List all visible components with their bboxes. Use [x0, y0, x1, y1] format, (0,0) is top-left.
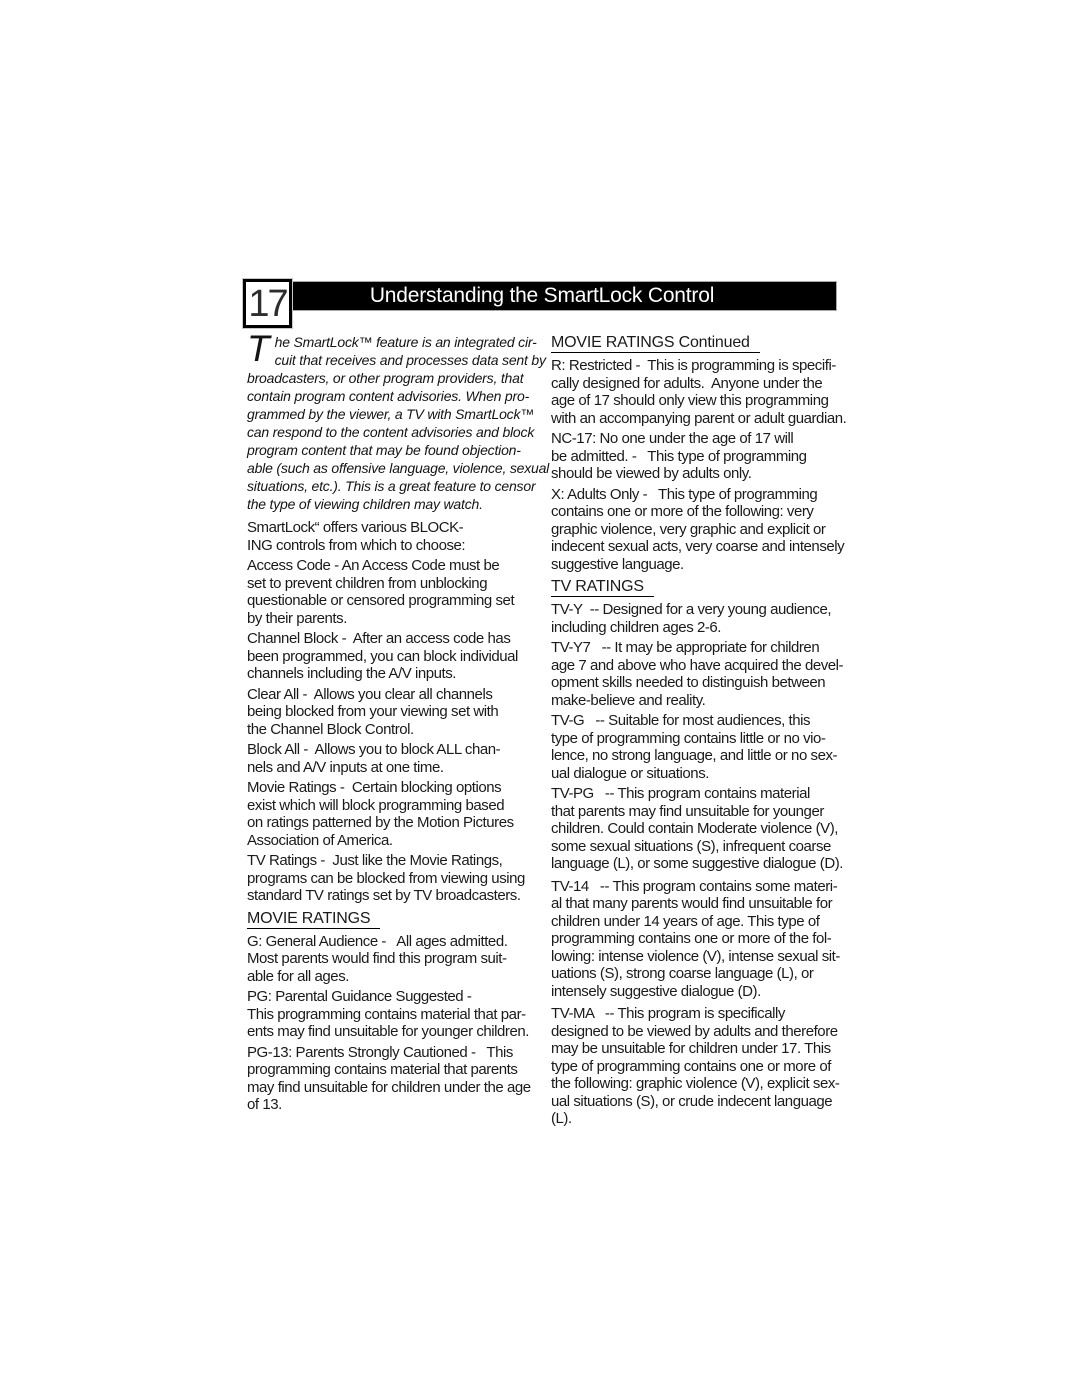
- rating-pg13-paragraph: PG-13: Parents Strongly Cautioned - This…: [247, 1044, 553, 1114]
- rating-x-paragraph: X: Adults Only - This type of programmin…: [551, 486, 871, 574]
- rating-tv-ma-paragraph: TV-MA -- This program is specifically de…: [551, 1005, 871, 1128]
- rating-tv-pg-paragraph: TV-PG -- This program contains material …: [551, 785, 871, 873]
- page-number: 17: [248, 285, 286, 323]
- movie-ratings-heading-wrap: MOVIE RATINGS: [247, 910, 553, 929]
- intro-paragraph: The SmartLock™ feature is an integrated …: [247, 334, 553, 514]
- intro-text: he SmartLock™ feature is an integrated c…: [247, 334, 549, 512]
- left-column: The SmartLock™ feature is an integrated …: [247, 334, 553, 1117]
- blocking-controls-intro: SmartLock“ offers various BLOCK- ING con…: [247, 519, 553, 554]
- tv-ratings-heading-wrap: TV RATINGS: [551, 578, 871, 597]
- rating-tv-y-paragraph: TV-Y -- Designed for a very young audien…: [551, 601, 871, 636]
- clear-all-paragraph: Clear All - Allows you clear all channel…: [247, 686, 553, 739]
- movie-ratings-heading: MOVIE RATINGS: [247, 910, 380, 929]
- page-number-box: 17: [243, 279, 292, 328]
- page-title: Understanding the SmartLock Control: [248, 282, 836, 310]
- rating-nc17-paragraph: NC-17: No one under the age of 17 will b…: [551, 430, 871, 483]
- manual-page: Understanding the SmartLock Control 17 T…: [0, 0, 1080, 1397]
- access-code-paragraph: Access Code - An Access Code must be set…: [247, 557, 553, 627]
- movie-ratings-continued-heading-wrap: MOVIE RATINGS Continued: [551, 334, 871, 353]
- movie-ratings-paragraph: Movie Ratings - Certain blocking options…: [247, 779, 553, 849]
- right-column: MOVIE RATINGS Continued R: Restricted - …: [551, 334, 871, 1131]
- rating-pg-paragraph: PG: Parental Guidance Suggested - This p…: [247, 988, 553, 1041]
- channel-block-paragraph: Channel Block - After an access code has…: [247, 630, 553, 683]
- tv-ratings-paragraph: TV Ratings - Just like the Movie Ratings…: [247, 852, 553, 905]
- rating-tv-y7-paragraph: TV-Y7 -- It may be appropriate for child…: [551, 639, 871, 709]
- rating-g-paragraph: G: General Audience - All ages admitted.…: [247, 933, 553, 986]
- block-all-paragraph: Block All - Allows you to block ALL chan…: [247, 741, 553, 776]
- tv-ratings-heading: TV RATINGS: [551, 578, 654, 597]
- drop-cap: T: [247, 334, 270, 364]
- section-title-bar: Understanding the SmartLock Control: [247, 281, 837, 311]
- rating-tv-g-paragraph: TV-G -- Suitable for most audiences, thi…: [551, 712, 871, 782]
- movie-ratings-continued-heading: MOVIE RATINGS Continued: [551, 334, 760, 353]
- rating-r-paragraph: R: Restricted - This is programming is s…: [551, 357, 871, 427]
- rating-tv-14-paragraph: TV-14 -- This program contains some mate…: [551, 878, 871, 1001]
